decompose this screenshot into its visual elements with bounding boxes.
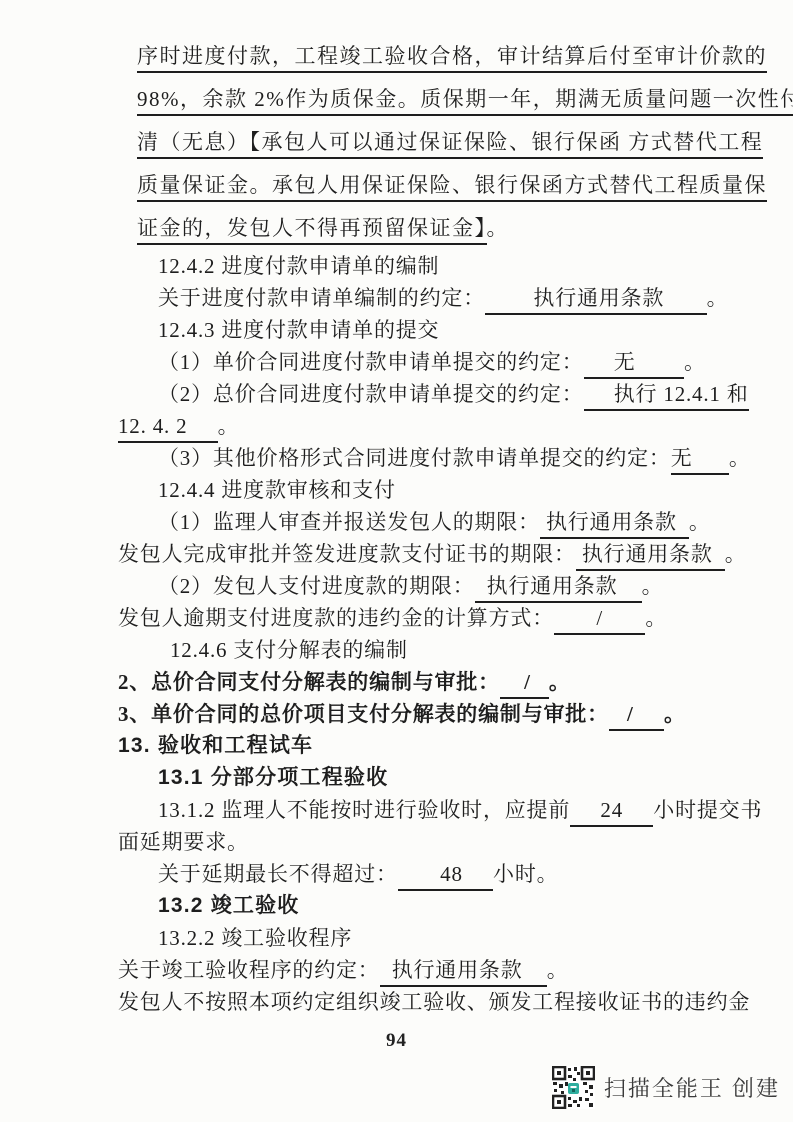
heading-12-4-4: 12.4.4 进度款审核和支付 (158, 474, 786, 506)
filled-blank: 执行 12.4.1 和 (584, 382, 749, 411)
filled-blank: 12. 4. 2 (118, 414, 218, 443)
clause-payment-application-compilation: 关于进度付款申请单编制的约定： 执行通用条款 。 (158, 282, 786, 314)
filled-blank: 48 (398, 862, 493, 891)
line-text: 面延期要求。 (118, 830, 249, 854)
line-text: 13.2 竣工验收 (158, 894, 300, 917)
clause-unit-price-breakdown: 3、单价合同的总价项目支付分解表的编制与审批： / 。 (118, 698, 786, 730)
line-text: 12.4.4 进度款审核和支付 (158, 478, 396, 502)
filled-blank: 执行通用条款 (475, 574, 642, 603)
line-text: 清（无息）【承包人可以通过保证保险、银行保函 方式替代工程 (137, 130, 763, 159)
clause-acceptance-penalty: 发包人不按照本项约定组织竣工验收、颁发工程接收证书的违约金 (118, 986, 786, 1018)
line-text: 12.4.6 支付分解表的编制 (170, 638, 408, 662)
line-text: 。 (684, 350, 706, 374)
contract-text-block: 序时进度付款，工程竣工验收合格，审计结算后付至审计价款的 98%，余款 2%作为… (118, 35, 786, 1018)
filled-blank: 24 (570, 798, 653, 827)
line-text: 小时。 (493, 862, 558, 886)
line-text: 12.4.2 进度付款申请单的编制 (158, 254, 439, 278)
clause-lump-sum-submission: （2）总价合同进度付款申请单提交的约定： 执行 12.4.1 和 (158, 378, 786, 410)
heading-12-4-6: 12.4.6 支付分解表的编制 (170, 634, 786, 666)
line-text: （3）其他价格形式合同进度付款申请单提交的约定： (158, 446, 671, 470)
camscanner-watermark: 扫描全能王 创建 (552, 1066, 780, 1109)
clause-extension-limit: 关于延期最长不得超过： 48 小时。 (158, 858, 786, 890)
clause-lump-sum-breakdown: 2、总价合同支付分解表的编制与审批： / 。 (118, 666, 786, 698)
line-text: 关于延期最长不得超过： (158, 862, 398, 886)
heading-13-2-2: 13.2.2 竣工验收程序 (158, 922, 786, 954)
line-text: 98%，余款 2%作为质保金。质保期一年，期满无质量问题一次性付 (137, 87, 793, 116)
line-text: 证金的，发包人不得再预留保证金】 (137, 216, 487, 245)
line-text: 。 (725, 542, 747, 566)
line-text: 关于竣工验收程序的约定： (118, 958, 380, 982)
clause-lump-sum-submission-cont: 12. 4. 2 。 (118, 410, 786, 442)
line-text: （1）单价合同进度付款申请单提交的约定： (158, 350, 584, 374)
line-text: 质量保证金。承包人用保证保险、银行保函方式替代工程质量保 (137, 173, 767, 202)
line-text: （1）监理人审查并报送发包人的期限： (158, 510, 540, 534)
filled-blank: / (500, 670, 549, 699)
heading-12-4-2: 12.4.2 进度付款申请单的编制 (158, 250, 786, 282)
section-13-heading: 13. 验收和工程试车 (118, 730, 786, 762)
filled-blank: 执行通用条款 (576, 542, 725, 571)
line-text: 。 (487, 216, 510, 240)
clause-supervisor-review-deadline: （1）监理人审查并报送发包人的期限： 执行通用条款 。 (158, 506, 786, 538)
filled-blank: 执行通用条款 (380, 958, 547, 987)
line-text: 。 (645, 606, 667, 630)
clause-retention-paragraph-line: 证金的，发包人不得再预留保证金】。 (137, 207, 786, 250)
filled-blank: / (609, 702, 664, 731)
line-text: 。 (707, 286, 729, 310)
line-text: 。 (549, 670, 571, 694)
filled-blank: / (554, 606, 645, 635)
line-text: 13. 验收和工程试车 (118, 734, 313, 757)
line-text: 3、单价合同的总价项目支付分解表的编制与审批： (118, 702, 609, 726)
line-text: 13.2.2 竣工验收程序 (158, 926, 352, 950)
subsection-13-1-heading: 13.1 分部分项工程验收 (158, 762, 786, 794)
line-text: （2）总价合同进度付款申请单提交的约定： (158, 382, 584, 406)
clause-13-1-2-notice: 13.1.2 监理人不能按时进行验收时，应提前 24 小时提交书 (158, 794, 786, 826)
scanned-contract-page: 序时进度付款，工程竣工验收合格，审计结算后付至审计价款的 98%，余款 2%作为… (0, 0, 793, 1122)
line-text: 13.1.2 监理人不能按时进行验收时，应提前 (158, 798, 570, 822)
line-text: 。 (664, 702, 686, 726)
line-text: 。 (642, 574, 664, 598)
clause-overdue-penalty: 发包人逾期支付进度款的违约金的计算方式： / 。 (118, 602, 786, 634)
line-text: 2、总价合同支付分解表的编制与审批： (118, 670, 500, 694)
watermark-label: 扫描全能王 创建 (604, 1072, 780, 1103)
clause-employer-payment-deadline: （2）发包人支付进度款的期限： 执行通用条款 。 (158, 570, 786, 602)
line-text: 。 (218, 414, 240, 438)
line-text: 序时进度付款，工程竣工验收合格，审计结算后付至审计价款的 (137, 44, 767, 73)
line-text: 发包人不按照本项约定组织竣工验收、颁发工程接收证书的违约金 (118, 990, 750, 1014)
clause-retention-paragraph-line: 清（无息）【承包人可以通过保证保险、银行保函 方式替代工程 (137, 121, 786, 164)
subsection-13-2-heading: 13.2 竣工验收 (158, 890, 786, 922)
page-number: 94 (0, 1030, 793, 1052)
clause-employer-approval-deadline: 发包人完成审批并签发进度款支付证书的期限： 执行通用条款 。 (118, 538, 786, 570)
line-text: 关于进度付款申请单编制的约定： (158, 286, 485, 310)
filled-blank: 执行通用条款 (540, 510, 689, 539)
clause-other-price-submission: （3）其他价格形式合同进度付款申请单提交的约定：无 。 (158, 442, 786, 474)
heading-12-4-3: 12.4.3 进度付款申请单的提交 (158, 314, 786, 346)
clause-acceptance-procedure: 关于竣工验收程序的约定： 执行通用条款 。 (118, 954, 786, 986)
line-text: （2）发包人支付进度款的期限： (158, 574, 475, 598)
line-text: 小时提交书 (653, 798, 762, 822)
clause-retention-paragraph-line: 序时进度付款，工程竣工验收合格，审计结算后付至审计价款的 (137, 35, 786, 78)
line-text: 12.4.3 进度付款申请单的提交 (158, 318, 439, 342)
clause-unit-price-submission: （1）单价合同进度付款申请单提交的约定： 无 。 (158, 346, 786, 378)
clause-13-1-2-notice-cont: 面延期要求。 (118, 826, 786, 858)
filled-blank: 无 (584, 350, 684, 379)
line-text: 发包人完成审批并签发进度款支付证书的期限： (118, 542, 576, 566)
clause-retention-paragraph-line: 98%，余款 2%作为质保金。质保期一年，期满无质量问题一次性付 (137, 78, 786, 121)
line-text: 。 (729, 446, 751, 470)
clause-retention-paragraph-line: 质量保证金。承包人用保证保险、银行保函方式替代工程质量保 (137, 164, 786, 207)
filled-blank: 执行通用条款 (485, 286, 707, 315)
line-text: 。 (689, 510, 711, 534)
line-text: 13.1 分部分项工程验收 (158, 766, 388, 789)
line-text: 发包人逾期支付进度款的违约金的计算方式： (118, 606, 554, 630)
qr-code-icon (552, 1066, 595, 1109)
filled-blank: 无 (671, 446, 729, 475)
line-text: 。 (547, 958, 569, 982)
